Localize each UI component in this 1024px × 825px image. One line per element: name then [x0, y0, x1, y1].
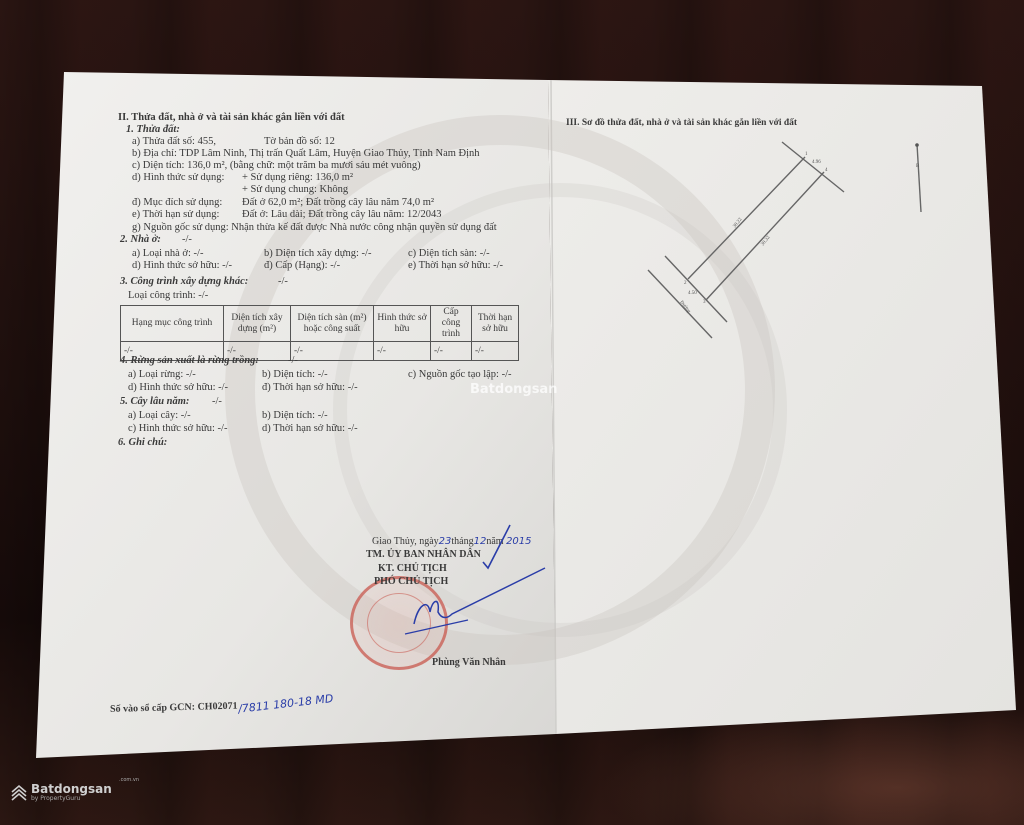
brand-name: Batdongsan [31, 783, 112, 795]
batdongsan-house-icon [10, 784, 28, 802]
edge-top-length: 4.96 [812, 160, 821, 165]
brand-sub: by PropertyGuru [31, 795, 112, 802]
land-certificate-document: II. Thửa đất, nhà ở và tài sản khác gắn … [0, 0, 1024, 825]
parcel-diagram: 1 4 2 3 4.96 4.50 30.22 30.32 Đường B [0, 0, 1024, 825]
point-4: 4 [825, 168, 828, 173]
edge-bottom-length: 4.50 [688, 291, 697, 296]
point-2: 2 [684, 281, 687, 286]
road-label: Đường [678, 300, 691, 314]
brand-domain: .com.vn [119, 777, 139, 783]
batdongsan-logo: .com.vn Batdongsan by PropertyGuru [10, 783, 112, 802]
north-label: B [916, 164, 920, 169]
watermark-batdongsan: Batdongsan [470, 382, 557, 397]
point-3: 3 [703, 300, 706, 305]
point-1: 1 [805, 152, 808, 157]
edge-right-length: 30.32 [761, 235, 772, 247]
